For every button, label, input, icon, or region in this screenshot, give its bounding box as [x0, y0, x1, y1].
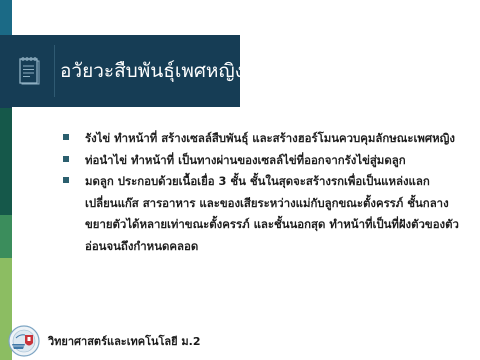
notepad-icon: [18, 55, 40, 85]
bullet-text: ท่อนำไข่ ทำหน้าที่ เป็นทางผ่านของเซลล์ไข…: [85, 153, 406, 167]
footer: วิทยาศาสตร์และเทคโนโลยี ม.2: [8, 325, 201, 357]
footer-course-label: วิทยาศาสตร์และเทคโนโลยี ม.2: [48, 332, 201, 350]
bullet-item-ovary: รังไข่ ทำหน้าที่ สร้างเซลล์สืบพันธุ์ และ…: [60, 128, 460, 150]
square-bullet-icon: [63, 177, 69, 183]
square-bullet-icon: [63, 134, 69, 140]
bullet-text: รังไข่ ทำหน้าที่ สร้างเซลล์สืบพันธุ์ และ…: [85, 131, 455, 145]
strip-segment-teal: [0, 0, 12, 35]
title-divider: [54, 45, 55, 97]
square-bullet-icon: [63, 156, 69, 162]
strip-segment-dark-green: [0, 108, 12, 215]
school-logo-icon: [8, 325, 40, 357]
bullet-item-uterus: มดลูก ประกอบด้วยเนื้อเยื่อ 3 ชั้น ชั้นใน…: [60, 171, 460, 257]
slide-title: อวัยวะสืบพันธุ์เพศหญิง: [60, 35, 244, 107]
bullet-item-oviduct: ท่อนำไข่ ทำหน้าที่ เป็นทางผ่านของเซลล์ไข…: [60, 150, 460, 172]
bullet-text: มดลูก ประกอบด้วยเนื้อเยื่อ 3 ชั้น ชั้นใน…: [85, 174, 459, 253]
title-banner: อวัยวะสืบพันธุ์เพศหญิง: [0, 35, 240, 107]
strip-segment-green: [0, 215, 12, 258]
bullet-list: รังไข่ ทำหน้าที่ สร้างเซลล์สืบพันธุ์ และ…: [60, 128, 460, 257]
